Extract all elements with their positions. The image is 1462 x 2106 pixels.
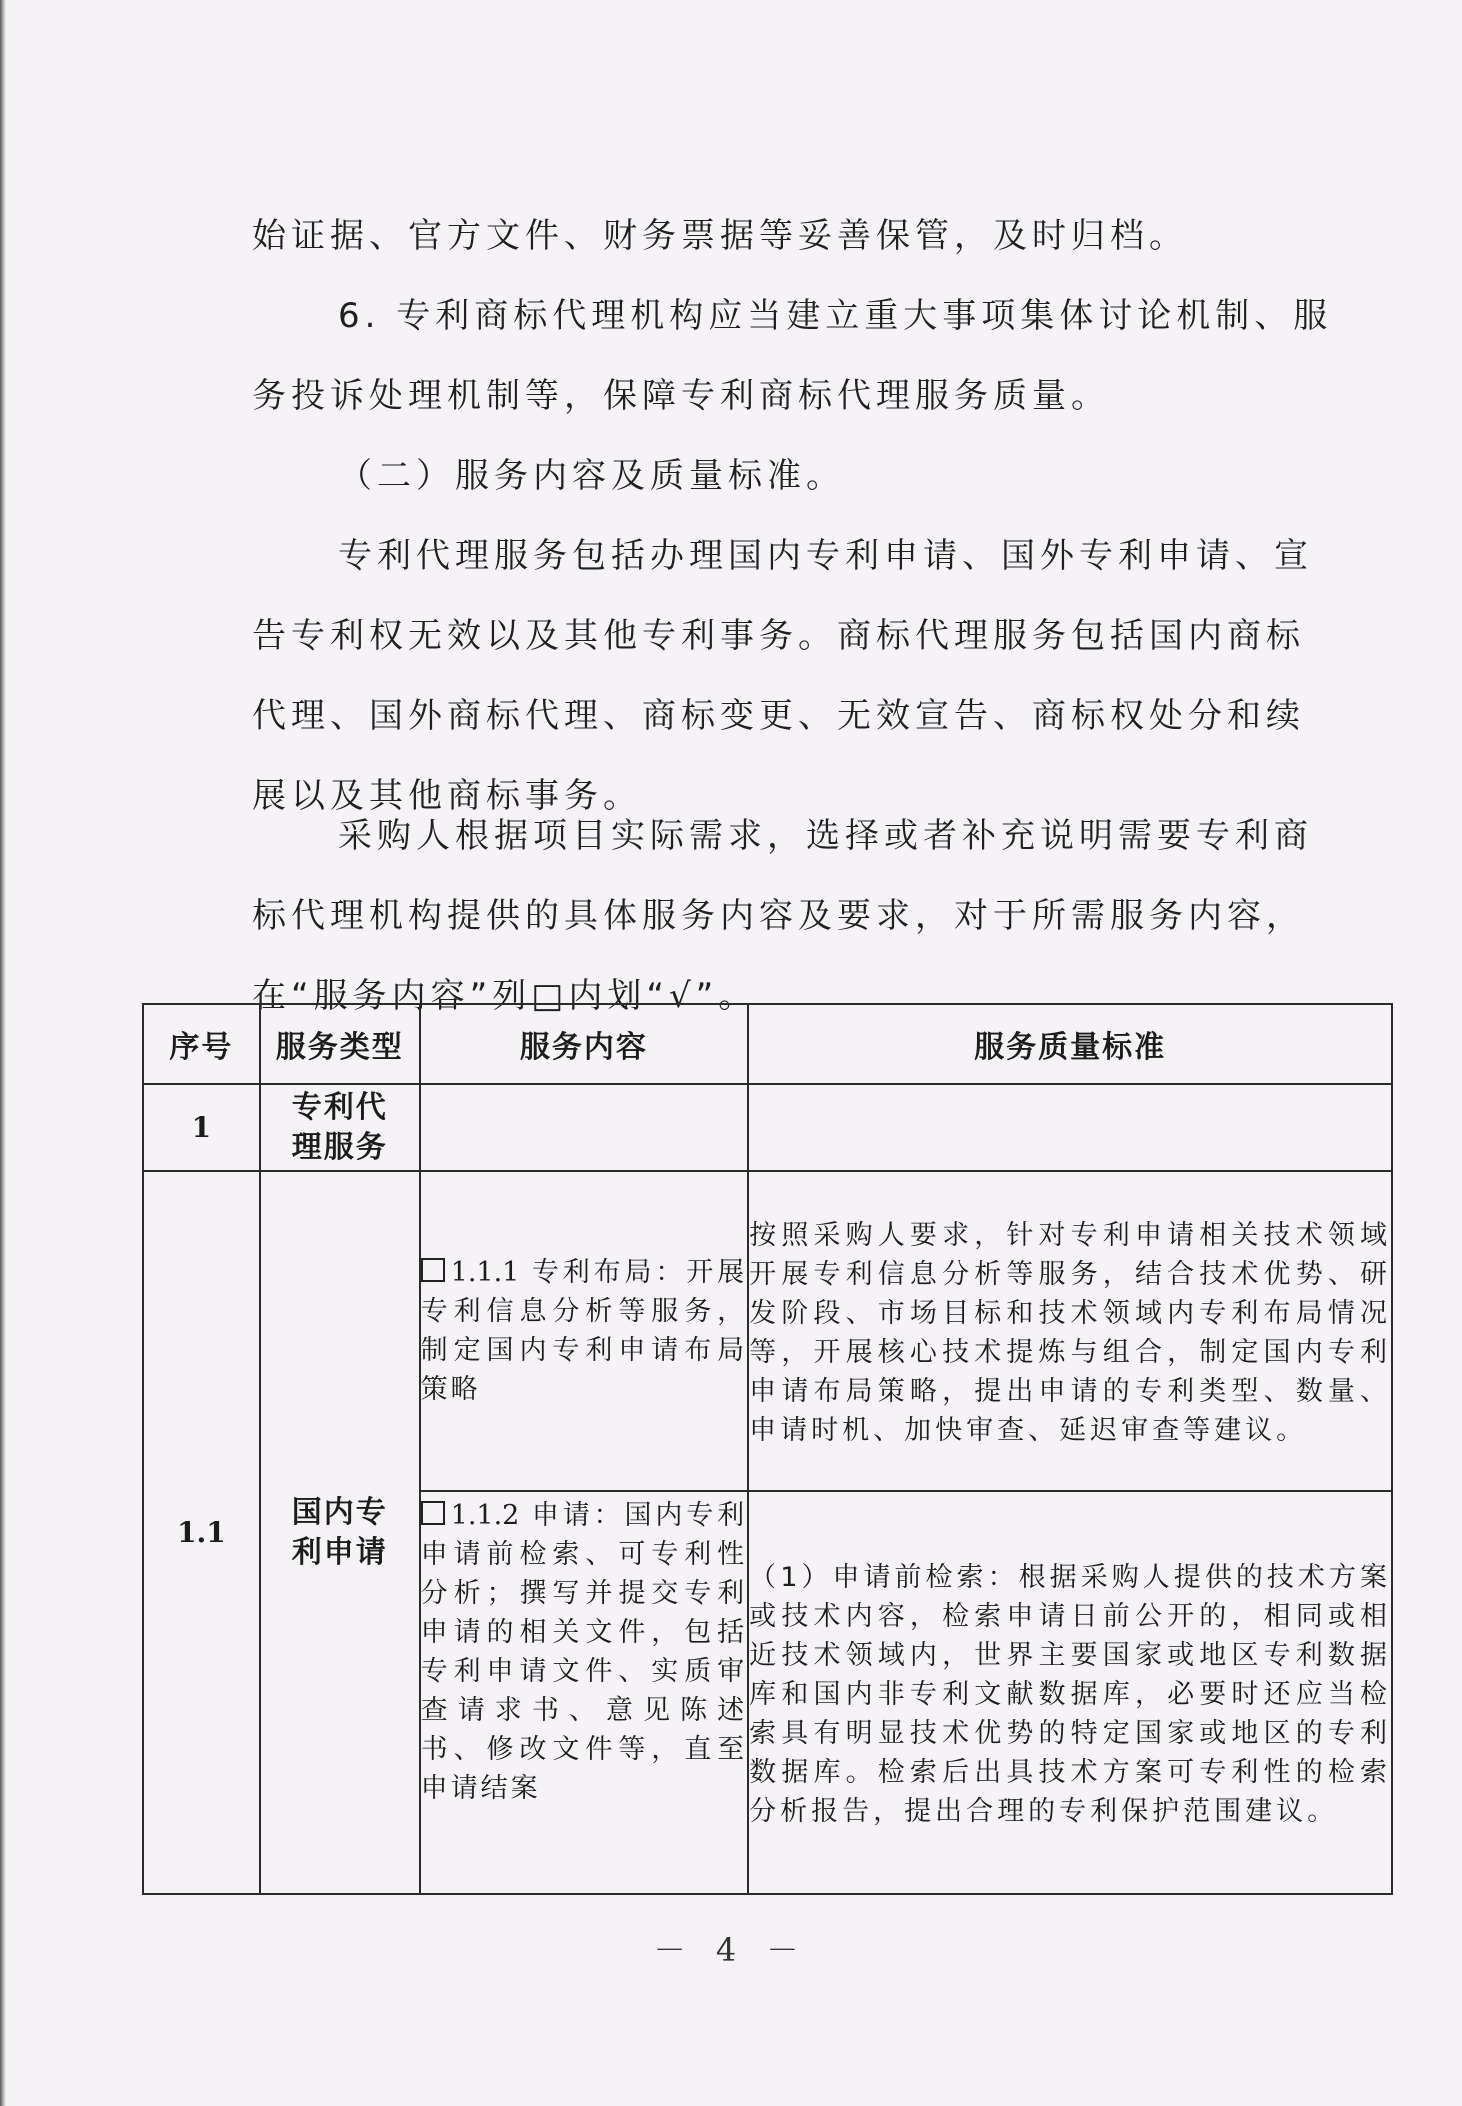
header-service-type: 服务类型: [260, 1004, 420, 1084]
quality-standard-1-1-1: 按照采购人要求，针对专利申请相关技术领域开展专利信息分析等服务，结合技术优势、研…: [748, 1171, 1392, 1491]
item-code: 1.1.1: [451, 1257, 520, 1288]
page-number: － 4 －: [0, 1925, 1462, 1971]
row-num: 1.1: [143, 1171, 260, 1894]
service-item-1-1-2: 1.1.2 申请：国内专利申请前检索、可专利性分析；撰写并提交专利申请的相关文件…: [420, 1491, 749, 1894]
row-standard: [748, 1084, 1392, 1171]
scan-edge-shadow: [0, 0, 6, 2106]
row-service-type: 专利代理服务: [260, 1084, 420, 1171]
item-code: 1.1.2: [451, 1500, 520, 1531]
row-service-type: 国内专利申请: [260, 1171, 420, 1894]
service-item-1-1-1: 1.1.1 专利布局：开展专利信息分析等服务，制定国内专利申请布局策略: [420, 1171, 749, 1491]
header-num: 序号: [143, 1004, 260, 1084]
quality-standard-1-1-2: （1）申请前检索：根据采购人提供的技术方案或技术内容，检索申请日前公开的，相同或…: [748, 1491, 1392, 1894]
section-heading: （二）服务内容及质量标准。: [252, 436, 1342, 516]
table-header-row: 序号 服务类型 服务内容 服务质量标准: [143, 1004, 1392, 1084]
service-table: 序号 服务类型 服务内容 服务质量标准 1 专利代理服务 1.1 国内专利申请 …: [142, 1003, 1393, 1895]
table-row: 1.1 国内专利申请 1.1.1 专利布局：开展专利信息分析等服务，制定国内专利…: [143, 1171, 1392, 1491]
checkbox-1-1-1[interactable]: [421, 1258, 445, 1282]
row-content: [420, 1084, 749, 1171]
row-num: 1: [143, 1084, 260, 1171]
table-row: 1 专利代理服务: [143, 1084, 1392, 1171]
item-content: 申请：国内专利申请前检索、可专利性分析；撰写并提交专利申请的相关文件，包括专利申…: [421, 1500, 748, 1804]
paragraph-service-scope: 专利代理服务包括办理国内专利申请、国外专利申请、宣告专利权无效以及其他专利事务。…: [252, 516, 1342, 836]
paragraph-archive: 始证据、官方文件、财务票据等妥善保管，及时归档。: [252, 196, 1342, 276]
header-quality-standard: 服务质量标准: [748, 1004, 1392, 1084]
paragraph-purchaser-instructions: 采购人根据项目实际需求，选择或者补充说明需要专利商标代理机构提供的具体服务内容及…: [252, 796, 1342, 1036]
header-service-content: 服务内容: [420, 1004, 749, 1084]
paragraph-item-6: 6. 专利商标代理机构应当建立重大事项集体讨论机制、服务投诉处理机制等，保障专利…: [252, 276, 1342, 436]
checkbox-1-1-2[interactable]: [421, 1501, 445, 1525]
